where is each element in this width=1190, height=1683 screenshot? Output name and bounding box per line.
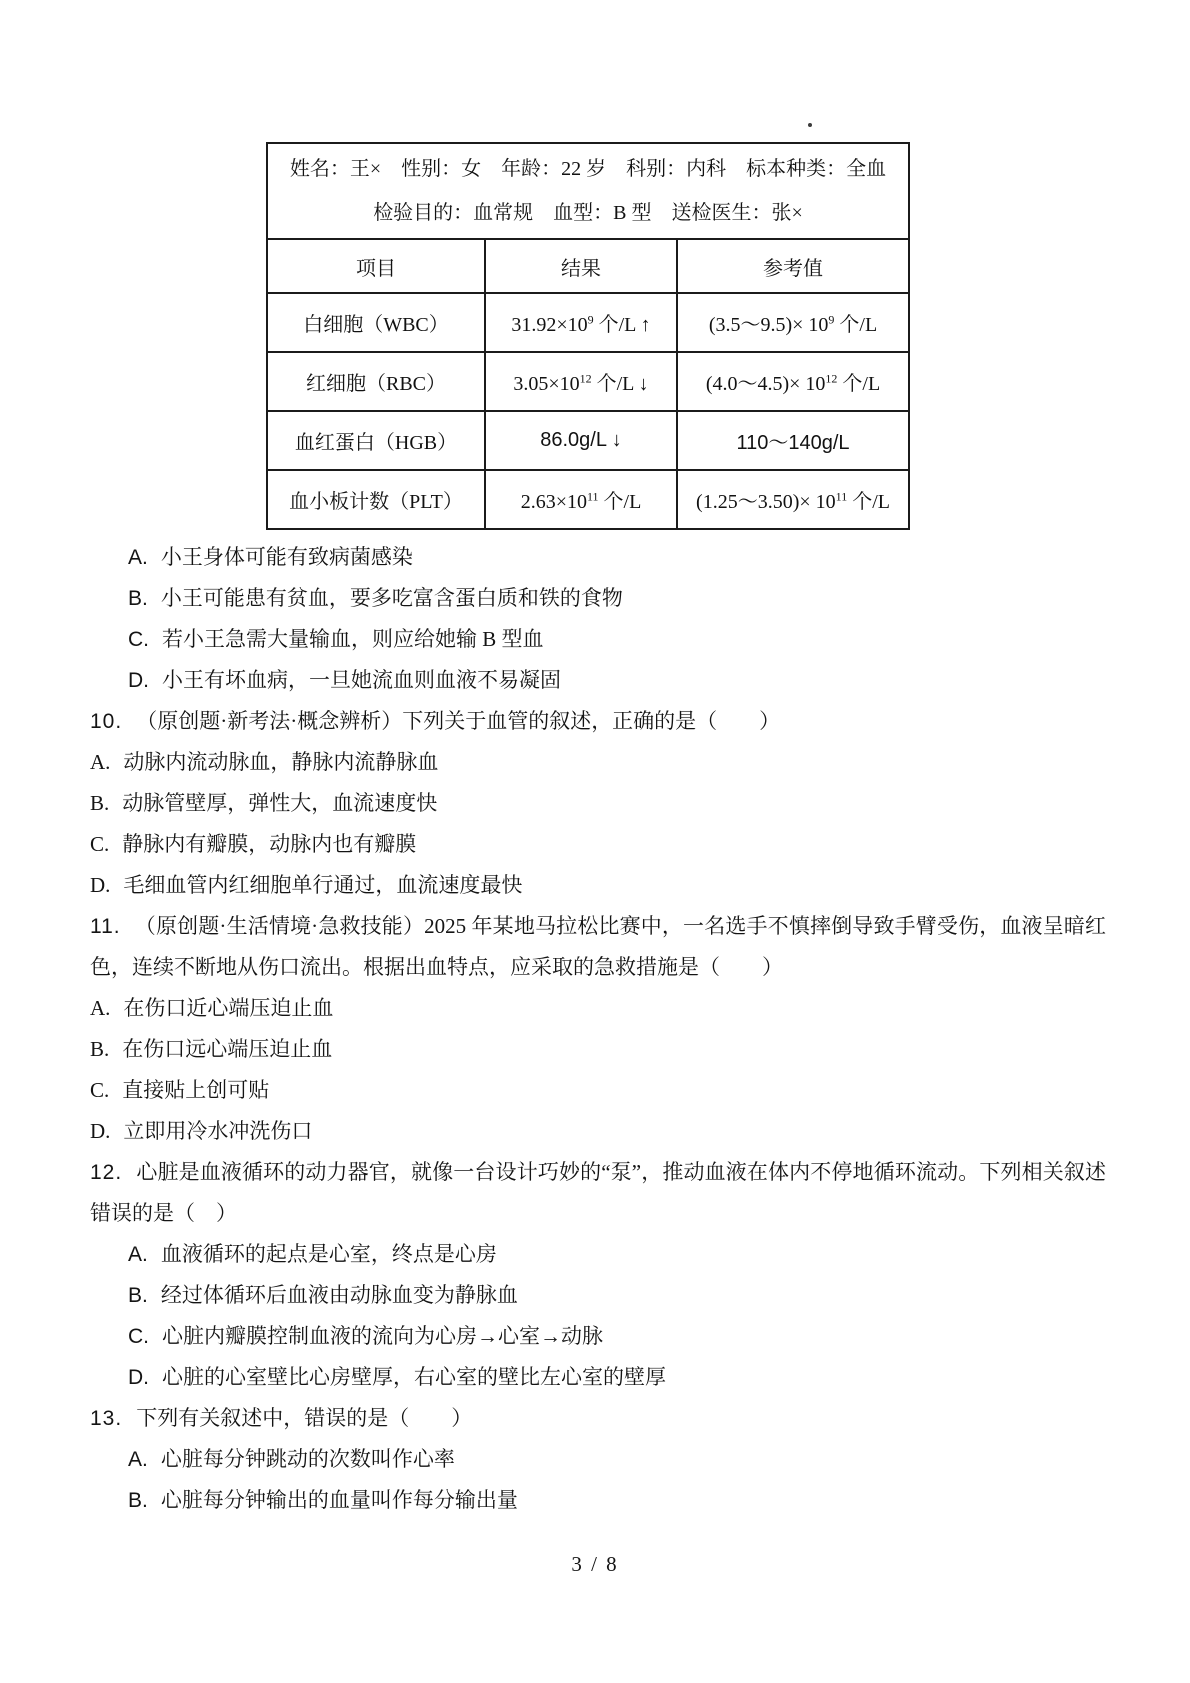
option-line: A.血液循环的起点是心室，终点是心房 <box>90 1234 1106 1275</box>
option-text: 立即用冷水冲洗伤口 <box>123 1119 312 1143</box>
option-label: A. <box>128 1243 148 1266</box>
option-text: 若小王急需大量输血，则应给她输 B 型血 <box>162 627 544 651</box>
option-line: C.心脏内瓣膜控制血液的流向为心房→心室→动脉 <box>90 1316 1106 1357</box>
question-stem-text: （原创题·新考法·概念辨析）下列关于血管的叙述，正确的是（ ） <box>136 709 780 733</box>
cell-reference: (3.5～9.5)× 109 个/L <box>677 293 909 352</box>
value-text: 31.92×10 <box>511 314 587 336</box>
option-line: A.心脏每分钟跳动的次数叫作心率 <box>90 1439 1106 1480</box>
option-line: B.经过体循环后血液由动脉血变为静脉血 <box>90 1275 1106 1316</box>
value-text: (4.0～4.5)× 10 <box>706 373 826 395</box>
table-row: 红细胞（RBC）3.05×1012 个/L ↓(4.0～4.5)× 1012 个… <box>267 352 909 411</box>
option-line: C.若小王急需大量输血，则应给她输 B 型血 <box>90 619 1106 660</box>
option-line: D.小王有坏血病，一旦她流血则血液不易凝固 <box>90 660 1106 701</box>
cell-reference: 110～140g/L <box>677 411 909 470</box>
option-line: A.在伤口近心端压迫止血 <box>90 988 1106 1029</box>
value-text: 86.0g/L ↓ <box>540 429 622 451</box>
value-text: 110～140g/L <box>736 432 849 454</box>
option-text: 血液循环的起点是心室，终点是心房 <box>161 1242 497 1266</box>
value-text: 3.05×10 <box>513 373 579 395</box>
option-label: C. <box>90 832 109 856</box>
questions-area: A.小王身体可能有致病菌感染B.小王可能患有贫血，要多吃富含蛋白质和铁的食物C.… <box>90 537 1106 1521</box>
option-text: 小王有坏血病，一旦她流血则血液不易凝固 <box>162 668 561 692</box>
option-label: C. <box>128 1325 149 1348</box>
exam-page: 姓名：王× 性别：女 年龄：22 岁 科别：内科 标本种类：全血 检验目的：血常… <box>0 0 1190 1683</box>
option-label: B. <box>128 1284 148 1307</box>
exponent: 12 <box>825 371 837 385</box>
option-label: D. <box>128 1366 149 1389</box>
report-header-line2: 检验目的：血常规 血型：B 型 送检医生：张× <box>274 191 902 235</box>
option-line: C.静脉内有瓣膜，动脉内也有瓣膜 <box>90 824 1106 865</box>
report-header-cell: 姓名：王× 性别：女 年龄：22 岁 科别：内科 标本种类：全血 检验目的：血常… <box>267 143 909 239</box>
option-text: 直接贴上创可贴 <box>122 1078 269 1102</box>
value-text: 个/L ↑ <box>594 314 651 336</box>
blood-test-report-table: 姓名：王× 性别：女 年龄：22 岁 科别：内科 标本种类：全血 检验目的：血常… <box>266 142 910 530</box>
cell-reference: (1.25～3.50)× 1011 个/L <box>677 470 909 529</box>
value-text: (3.5～9.5)× 10 <box>709 314 829 336</box>
table-row: 白细胞（WBC）31.92×109 个/L ↑(3.5～9.5)× 109 个/… <box>267 293 909 352</box>
option-label: D. <box>90 873 110 897</box>
option-text: 小王身体可能有致病菌感染 <box>161 545 413 569</box>
option-label: B. <box>90 791 109 815</box>
option-line: C.直接贴上创可贴 <box>90 1070 1106 1111</box>
option-label: A. <box>90 750 110 774</box>
option-text: 动脉内流动脉血，静脉内流静脉血 <box>123 750 438 774</box>
option-label: C. <box>90 1078 109 1102</box>
option-text: 毛细血管内红细胞单行通过，血流速度最快 <box>123 873 522 897</box>
cell-reference: (4.0～4.5)× 1012 个/L <box>677 352 909 411</box>
option-label: B. <box>128 1489 148 1512</box>
option-line: D.毛细血管内红细胞单行通过，血流速度最快 <box>90 865 1106 906</box>
option-label: A. <box>128 1448 148 1471</box>
option-line: A.动脉内流动脉血，静脉内流静脉血 <box>90 742 1106 783</box>
cell-result: 3.05×1012 个/L ↓ <box>485 352 677 411</box>
cell-item: 血红蛋白（HGB） <box>267 411 485 470</box>
question-stem: 10.（原创题·新考法·概念辨析）下列关于血管的叙述，正确的是（ ） <box>90 701 1106 742</box>
option-label: D. <box>128 669 149 692</box>
value-text: (1.25～3.50)× 10 <box>696 491 836 513</box>
report-header-row: 姓名：王× 性别：女 年龄：22 岁 科别：内科 标本种类：全血 检验目的：血常… <box>267 143 909 239</box>
value-text: 个/L <box>834 314 877 336</box>
value-text: 2.63×10 <box>521 491 587 513</box>
value-text: 个/L <box>847 491 890 513</box>
report-header-line1: 姓名：王× 性别：女 年龄：22 岁 科别：内科 标本种类：全血 <box>274 147 902 191</box>
question-stem-text: 心脏是血液循环的动力器官，就像一台设计巧妙的“泵”，推动血液在体内不停地循环流动… <box>90 1160 1106 1225</box>
value-text: 个/L ↓ <box>592 373 649 395</box>
question-number: 13. <box>90 1407 122 1430</box>
cell-item: 血小板计数（PLT） <box>267 470 485 529</box>
option-label: B. <box>90 1037 109 1061</box>
option-text: 在伤口远心端压迫止血 <box>122 1037 332 1061</box>
option-text: 心脏每分钟输出的血量叫作每分输出量 <box>161 1488 518 1512</box>
option-line: B.动脉管壁厚，弹性大，血流速度快 <box>90 783 1106 824</box>
option-label: B. <box>128 587 148 610</box>
value-text: 个/L <box>599 491 642 513</box>
value-text: 个/L <box>837 373 880 395</box>
option-text: 在伤口近心端压迫止血 <box>123 996 333 1020</box>
page-number: 3 / 8 <box>0 1552 1190 1577</box>
column-header-item: 项目 <box>267 239 485 293</box>
option-label: A. <box>128 546 148 569</box>
option-line: D.心脏的心室壁比心房壁厚，右心室的壁比左心室的壁厚 <box>90 1357 1106 1398</box>
option-line: A.小王身体可能有致病菌感染 <box>90 537 1106 578</box>
option-line: D.立即用冷水冲洗伤口 <box>90 1111 1106 1152</box>
question-stem: 12.心脏是血液循环的动力器官，就像一台设计巧妙的“泵”，推动血液在体内不停地循… <box>90 1152 1106 1234</box>
exponent: 11 <box>836 489 848 503</box>
cell-result: 2.63×1011 个/L <box>485 470 677 529</box>
column-header-reference: 参考值 <box>677 239 909 293</box>
option-label: C. <box>128 628 149 651</box>
stray-dot-icon <box>808 123 812 127</box>
option-text: 心脏每分钟跳动的次数叫作心率 <box>161 1447 455 1471</box>
exponent: 11 <box>587 489 599 503</box>
report-column-header-row: 项目 结果 参考值 <box>267 239 909 293</box>
option-text: 心脏内瓣膜控制血液的流向为心房→心室→动脉 <box>162 1324 603 1348</box>
column-header-result: 结果 <box>485 239 677 293</box>
question-stem: 13.下列有关叙述中，错误的是（ ） <box>90 1398 1106 1439</box>
question-stem-text: （原创题·生活情境·急救技能）2025 年某地马拉松比赛中，一名选手不慎摔倒导致… <box>90 914 1106 979</box>
option-text: 经过体循环后血液由动脉血变为静脉血 <box>161 1283 518 1307</box>
option-text: 小王可能患有贫血，要多吃富含蛋白质和铁的食物 <box>161 586 623 610</box>
option-text: 动脉管壁厚，弹性大，血流速度快 <box>122 791 437 815</box>
question-stem: 11.（原创题·生活情境·急救技能）2025 年某地马拉松比赛中，一名选手不慎摔… <box>90 906 1106 988</box>
cell-result: 86.0g/L ↓ <box>485 411 677 470</box>
option-line: B.在伤口远心端压迫止血 <box>90 1029 1106 1070</box>
table-row: 血小板计数（PLT）2.63×1011 个/L(1.25～3.50)× 1011… <box>267 470 909 529</box>
option-line: B.心脏每分钟输出的血量叫作每分输出量 <box>90 1480 1106 1521</box>
question-number: 12. <box>90 1161 122 1184</box>
table-row: 血红蛋白（HGB）86.0g/L ↓110～140g/L <box>267 411 909 470</box>
option-label: D. <box>90 1119 110 1143</box>
option-line: B.小王可能患有贫血，要多吃富含蛋白质和铁的食物 <box>90 578 1106 619</box>
question-number: 11. <box>90 915 121 938</box>
option-text: 心脏的心室壁比心房壁厚，右心室的壁比左心室的壁厚 <box>162 1365 666 1389</box>
cell-result: 31.92×109 个/L ↑ <box>485 293 677 352</box>
cell-item: 红细胞（RBC） <box>267 352 485 411</box>
cell-item: 白细胞（WBC） <box>267 293 485 352</box>
question-number: 10. <box>90 710 122 733</box>
exponent: 12 <box>580 371 592 385</box>
question-stem-text: 下列有关叙述中，错误的是（ ） <box>136 1406 472 1430</box>
option-label: A. <box>90 996 110 1020</box>
option-text: 静脉内有瓣膜，动脉内也有瓣膜 <box>122 832 416 856</box>
